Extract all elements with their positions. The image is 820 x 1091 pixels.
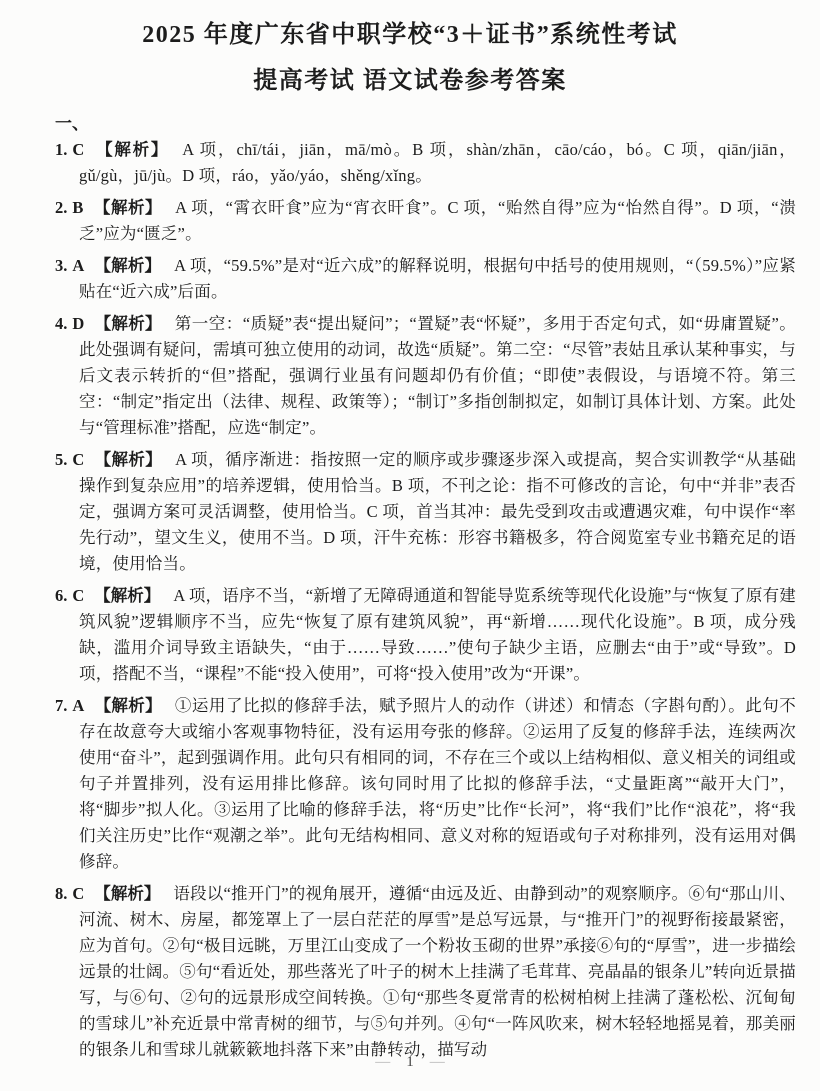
answer-choice: B [72, 198, 83, 217]
answer-choice: A [72, 696, 84, 715]
analysis-text: A 项，语序不当，“新增了无障碍通道和智能导览系统等现代化设施”与“恢复了原有建… [79, 586, 796, 683]
answer-choice: A [72, 256, 84, 275]
document-page: 2025 年度广东省中职学校“3＋证书”系统性考试 提高考试 语文试卷参考答案 … [0, 0, 820, 1091]
answer-item-1: 1.C【解析】A 项，chī/tái，jiān，mā/mò。B 项，shàn/z… [55, 137, 796, 189]
answer-number: 8. [55, 884, 67, 903]
analysis-label: 【解析】 [94, 140, 169, 159]
page-footer: —1— [0, 1054, 820, 1071]
footer-dash-right: — [430, 1054, 445, 1070]
answer-item-5: 5.C【解析】A 项，循序渐进：指按照一定的顺序或步骤逐步深入或提高，契合实训教… [55, 447, 796, 577]
answer-list: 1.C【解析】A 项，chī/tái，jiān，mā/mò。B 项，shàn/z… [55, 137, 796, 1063]
answer-number: 1. [55, 140, 67, 159]
analysis-text: A 项，“霄衣旰食”应为“宵衣旰食”。C 项，“贻然自得”应为“怡然自得”。D … [79, 198, 796, 243]
answer-number: 3. [55, 256, 67, 275]
answer-choice: C [72, 586, 84, 605]
answer-number: 2. [55, 198, 67, 217]
answer-item-7: 7.A【解析】①运用了比拟的修辞手法，赋予照片人的动作（讲述）和情态（字斟句酌）… [55, 693, 796, 875]
analysis-label: 【解析】 [94, 314, 161, 333]
analysis-label: 【解析】 [94, 450, 162, 469]
document-title-line2: 提高考试 语文试卷参考答案 [0, 66, 820, 96]
analysis-text: ①运用了比拟的修辞手法，赋予照片人的动作（讲述）和情态（字斟句酌）。此句不存在故… [79, 696, 796, 871]
analysis-text: 语段以“推开门”的视角展开，遵循“由远及近、由静到动”的观察顺序。⑥句“那山川、… [79, 884, 796, 1059]
answer-choice: C [72, 140, 84, 159]
analysis-label: 【解析】 [94, 884, 160, 903]
page-number: 1 [406, 1054, 414, 1070]
answer-item-8: 8.C【解析】语段以“推开门”的视角展开，遵循“由远及近、由静到动”的观察顺序。… [55, 881, 796, 1063]
answer-item-3: 3.A【解析】A 项，“59.5%”是对“近六成”的解释说明，根据句中括号的使用… [55, 253, 796, 305]
analysis-text: A 项，循序渐进：指按照一定的顺序或步骤逐步深入或提高，契合实训教学“从基础操作… [79, 450, 796, 573]
analysis-text: A 项，chī/tái，jiān，mā/mò。B 项，shàn/zhān，cāo… [79, 140, 796, 185]
answer-choice: C [72, 884, 84, 903]
answer-number: 5. [55, 450, 67, 469]
analysis-text: A 项，“59.5%”是对“近六成”的解释说明，根据句中括号的使用规则，“（59… [79, 256, 796, 301]
answer-item-6: 6.C【解析】A 项，语序不当，“新增了无障碍通道和智能导览系统等现代化设施”与… [55, 583, 796, 687]
analysis-label: 【解析】 [94, 696, 162, 715]
answer-choice: C [72, 450, 84, 469]
analysis-label: 【解析】 [94, 256, 161, 275]
document-title-line1: 2025 年度广东省中职学校“3＋证书”系统性考试 [0, 20, 820, 50]
analysis-label: 【解析】 [94, 586, 160, 605]
answer-item-4: 4.D【解析】第一空：“质疑”表“提出疑问”；“置疑”表“怀疑”，多用于否定句式… [55, 311, 796, 441]
answer-choice: D [72, 314, 84, 333]
footer-dash-left: — [375, 1054, 390, 1070]
analysis-label: 【解析】 [93, 198, 162, 217]
section-heading: 一、 [55, 109, 820, 134]
answer-number: 6. [55, 586, 67, 605]
document-header: 2025 年度广东省中职学校“3＋证书”系统性考试 提高考试 语文试卷参考答案 [0, 0, 820, 96]
answer-number: 4. [55, 314, 67, 333]
analysis-text: 第一空：“质疑”表“提出疑问”；“置疑”表“怀疑”，多用于否定句式，如“毋庸置疑… [79, 314, 796, 437]
answer-item-2: 2.B【解析】A 项，“霄衣旰食”应为“宵衣旰食”。C 项，“贻然自得”应为“怡… [55, 195, 796, 247]
answer-number: 7. [55, 696, 67, 715]
